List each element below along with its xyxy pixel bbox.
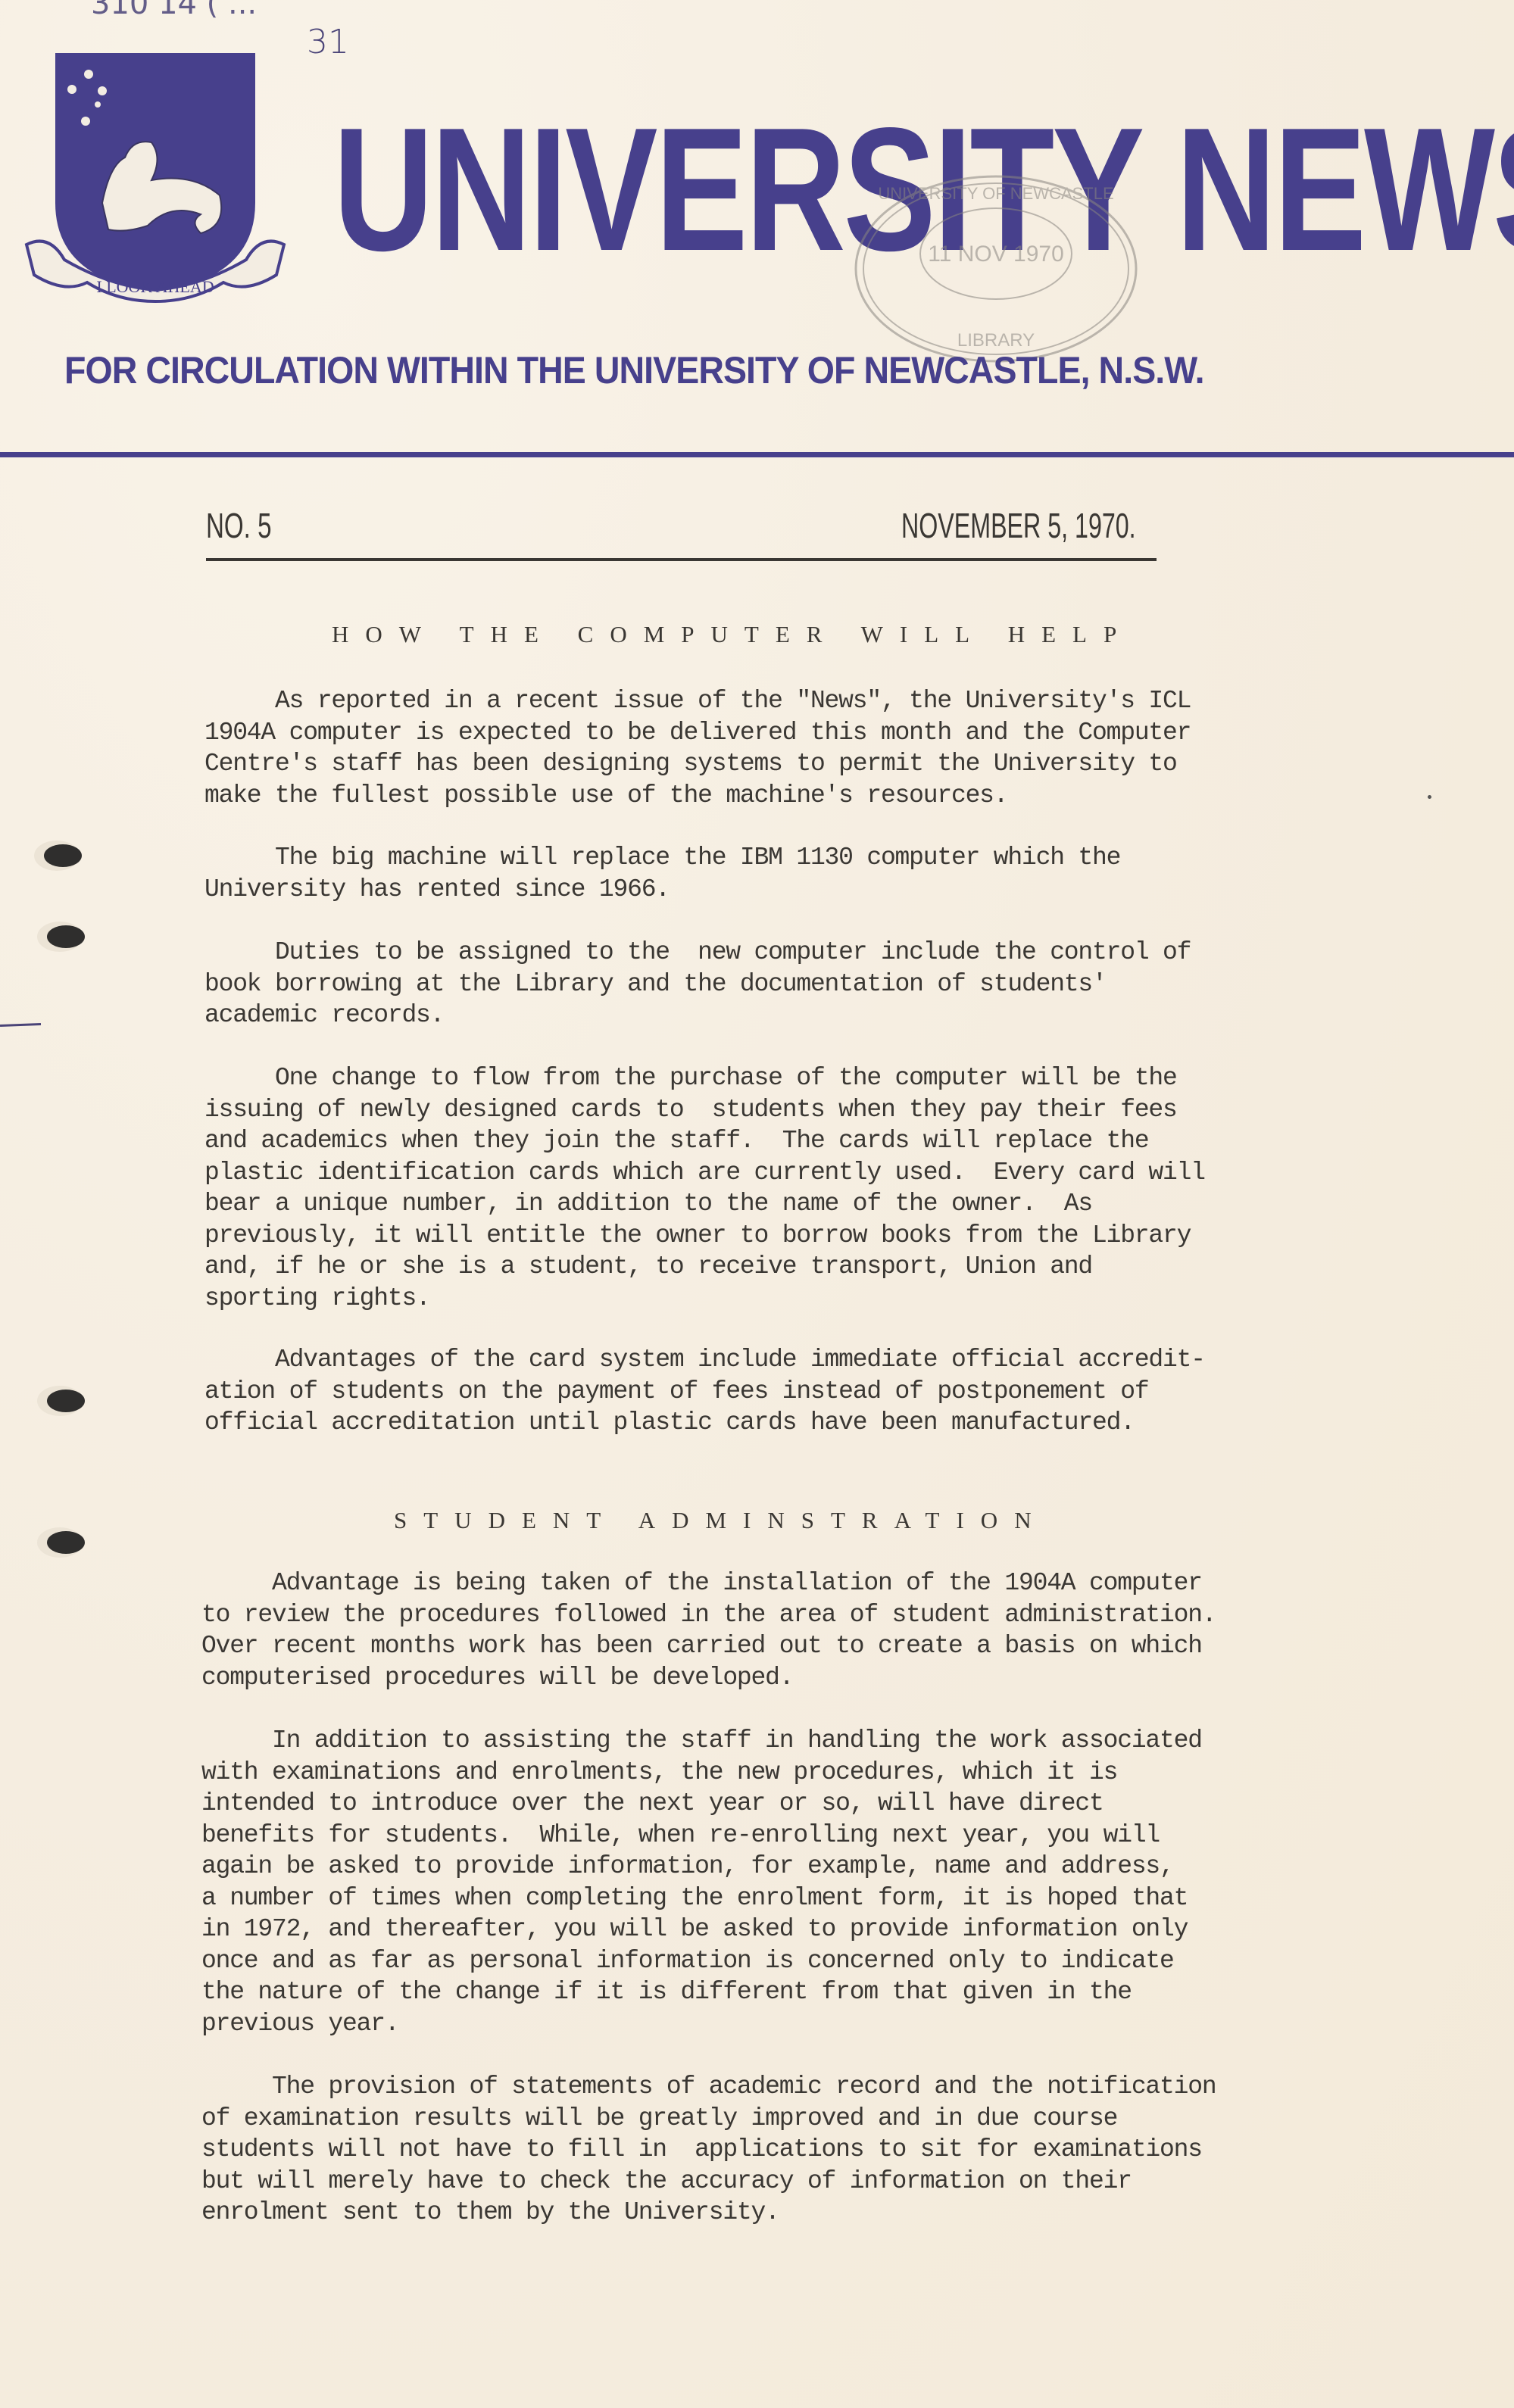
svg-text:11 NOV 1970: 11 NOV 1970 (928, 242, 1064, 267)
handwritten-page-number: 31 (307, 23, 349, 61)
issue-number: NO. 5 (206, 505, 272, 546)
section-heading: STUDENT ADMINSTRATION (394, 1507, 1048, 1534)
punch-hole (44, 844, 82, 867)
masthead-divider (0, 452, 1514, 457)
paragraph: The big machine will replace the IBM 113… (204, 842, 1120, 905)
paragraph: Duties to be assigned to the new compute… (204, 937, 1191, 1031)
paragraph: The provision of statements of academic … (201, 2071, 1216, 2229)
svg-text:LIBRARY: LIBRARY (957, 330, 1035, 351)
masthead-subtitle: FOR CIRCULATION WITHIN THE UNIVERSITY OF… (64, 348, 1204, 392)
paragraph: As reported in a recent issue of the "Ne… (204, 685, 1191, 811)
stray-dot (1428, 795, 1431, 799)
paragraph: In addition to assisting the staff in ha… (201, 1725, 1202, 2039)
paragraph: Advantage is being taken of the installa… (201, 1567, 1216, 1693)
svg-text:UNIVERSITY OF NEWCASTLE: UNIVERSITY OF NEWCASTLE (878, 184, 1113, 203)
svg-text:I LOOK AHEAD: I LOOK AHEAD (96, 277, 214, 296)
section-heading: HOW THE COMPUTER WILL HELP (332, 621, 1133, 648)
library-stamp: 11 NOV 1970 LIBRARY UNIVERSITY OF NEWCAS… (848, 170, 1144, 367)
punch-hole (47, 925, 85, 948)
issue-divider (206, 558, 1157, 561)
paragraph: One change to flow from the purchase of … (204, 1062, 1205, 1314)
paragraph: Advantages of the card system include im… (204, 1344, 1205, 1439)
punch-hole (47, 1531, 85, 1554)
handwritten-note: 310 14 ( ... (91, 0, 257, 21)
margin-pen-mark (0, 1023, 41, 1027)
punch-hole (47, 1390, 85, 1412)
university-crest-icon: I LOOK AHEAD (19, 51, 292, 309)
issue-date: NOVEMBER 5, 1970. (901, 505, 1136, 546)
